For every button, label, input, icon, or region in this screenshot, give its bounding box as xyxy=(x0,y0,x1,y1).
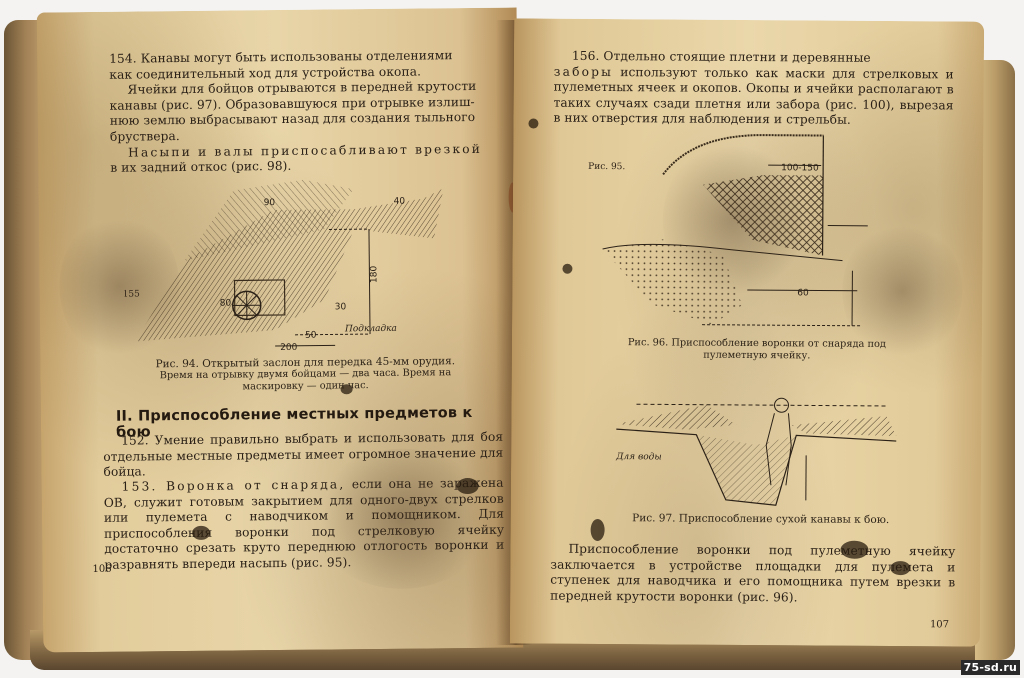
open-book-photo: 154. Канавы могут быть использованы отде… xyxy=(0,0,1024,678)
dimension-label: 180 xyxy=(369,266,379,284)
dimension-label: 30 xyxy=(335,302,347,312)
paragraph-154: 154. Канавы могут быть использованы отде… xyxy=(109,48,505,177)
figure-94-caption: Рис. 94. Открытый заслон для передка 45-… xyxy=(130,355,480,395)
stain xyxy=(591,519,605,541)
dimension-label: 200 xyxy=(280,343,298,352)
stain xyxy=(840,541,868,559)
page-number-right: 107 xyxy=(930,619,949,630)
stain xyxy=(562,264,572,274)
stain xyxy=(59,211,181,362)
figure-97-drawing: Для воды xyxy=(606,384,907,511)
figure-95-label: Рис. 95. xyxy=(588,162,625,172)
figure-97-ditch-position: Для воды xyxy=(606,384,907,511)
paragraph-156: 156. Отдельно стоящие плетни и деревянны… xyxy=(553,49,954,130)
left-page: 154. Канавы могут быть использованы отде… xyxy=(37,8,524,653)
dimension-label: 40 xyxy=(394,197,406,207)
dimension-label: 60 xyxy=(797,288,809,298)
paragraph-lead: 153. Воронка от снаряда, xyxy=(122,477,346,493)
dimension-label: 90 xyxy=(264,198,276,208)
paragraph-lead-spaced: заборы xyxy=(554,64,613,78)
paragraph-text: используют только как маски для стрелков… xyxy=(553,65,953,127)
stain xyxy=(662,139,803,300)
dimension-label: 80 xyxy=(220,299,232,309)
figure-label-water: Для воды xyxy=(615,452,662,462)
stain xyxy=(842,221,963,362)
right-page: 156. Отдельно стоящие плетни и деревянны… xyxy=(510,18,984,646)
stain xyxy=(341,384,353,394)
dimension-label: 50 xyxy=(305,331,317,341)
figure-label-podkladka: Подкладка xyxy=(344,324,397,335)
figure-97-caption: Рис. 97. Приспособление сухой канавы к б… xyxy=(596,512,926,526)
page-number-left: 106 xyxy=(92,564,111,575)
stain xyxy=(890,561,910,575)
stain xyxy=(528,118,538,128)
site-watermark: 75-sd.ru xyxy=(961,660,1020,675)
